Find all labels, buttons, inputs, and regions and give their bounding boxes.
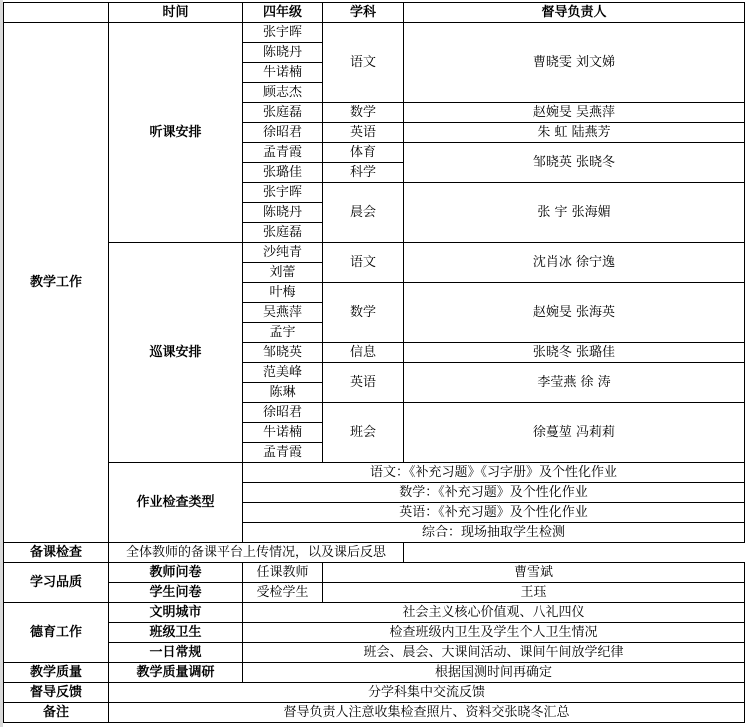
subject-cell[interactable]: 科学 [323,163,404,183]
homework-item[interactable]: 英语：《补充习题》及个性化作业 [243,503,745,523]
header-supervisor[interactable]: 督导负责人 [404,3,745,23]
supervisor-cell[interactable]: 赵婉旻 吴燕萍 [404,103,745,123]
table-row: 班级卫生 检查班级内卫生及学生个人卫生情况 [4,623,745,643]
teacher-cell[interactable]: 徐昭君 [243,403,323,423]
subject-cell[interactable]: 体育 [323,143,404,163]
subject-cell[interactable]: 英语 [323,363,404,403]
table-row: 一日常规 班会、晨会、大课间活动、课间午间放学纪律 [4,643,745,663]
teacher-cell[interactable]: 孟青霞 [243,143,323,163]
teacher-cell[interactable]: 刘蕾 [243,263,323,283]
lesson-prep-label[interactable]: 备课检查 [4,543,109,563]
teacher-cell[interactable]: 陈琳 [243,383,323,403]
table-row: 作业检查类型 语文：《补充习题》《习字册》及个性化作业 [4,463,745,483]
supervisor-cell[interactable]: 朱 虹 陆燕芳 [404,123,745,143]
table-row: 学生问卷 受检学生 王珏 [4,583,745,603]
teacher-cell[interactable]: 张宇晖 [243,183,323,203]
teacher-cell[interactable]: 范美峰 [243,363,323,383]
subject-cell[interactable]: 英语 [323,123,404,143]
teacher-cell[interactable]: 陈晓丹 [243,43,323,63]
header-grade[interactable]: 四年级 [243,3,323,23]
supervisor-cell[interactable]: 赵婉旻 张海英 [404,283,745,343]
teacher-cell[interactable]: 沙纯青 [243,243,323,263]
table-row: 学习品质 教师问卷 任课教师 曹雪斌 [4,563,745,583]
header-time[interactable]: 时间 [109,3,243,23]
class-hygiene-content[interactable]: 检查班级内卫生及学生个人卫生情况 [243,623,745,643]
category-moral[interactable]: 德育工作 [4,603,109,663]
category-notes[interactable]: 备注 [4,703,109,723]
teacher-cell[interactable]: 张庭磊 [243,103,323,123]
category-feedback[interactable]: 督导反馈 [4,683,109,703]
notes-content[interactable]: 督导负责人注意收集检查照片、资料交张晓冬汇总 [109,703,745,723]
homework-item[interactable]: 数学：《补充习题》及个性化作业 [243,483,745,503]
student-survey-label[interactable]: 学生问卷 [109,583,243,603]
quality-survey-content[interactable]: 根据国测时间再确定 [243,663,745,683]
daily-routine-content[interactable]: 班会、晨会、大课间活动、课间午间放学纪律 [243,643,745,663]
table-row: 督导反馈 分学科集中交流反馈 [4,683,745,703]
teacher-survey-supervisor[interactable]: 曹雪斌 [323,563,745,583]
teacher-survey-target[interactable]: 任课教师 [243,563,323,583]
listening-label[interactable]: 听课安排 [109,23,243,243]
lesson-prep-content[interactable]: 全体教师的备课平台上传情况，以及课后反思 [109,543,404,563]
supervisor-cell[interactable]: 张晓冬 张璐佳 [404,343,745,363]
teacher-cell[interactable]: 孟宇 [243,323,323,343]
teacher-cell[interactable]: 牛诺楠 [243,423,323,443]
class-hygiene-label[interactable]: 班级卫生 [109,623,243,643]
header-row: 时间 四年级 学科 督导负责人 [4,3,745,23]
supervisor-cell[interactable]: 沈肖冰 徐宁逸 [404,243,745,283]
teacher-cell[interactable]: 徐昭君 [243,123,323,143]
table-row: 备课检查 全体教师的备课平台上传情况，以及课后反思 [4,543,745,563]
subject-cell[interactable]: 晨会 [323,183,404,243]
supervisor-cell[interactable]: 李莹燕 徐 涛 [404,363,745,403]
teacher-cell[interactable]: 叶梅 [243,283,323,303]
subject-cell[interactable]: 数学 [323,103,404,123]
quality-survey-label[interactable]: 教学质量调研 [109,663,243,683]
category-teaching-quality[interactable]: 教学质量 [4,663,109,683]
table-row: 备注 督导负责人注意收集检查照片、资料交张晓冬汇总 [4,703,745,723]
subject-cell[interactable]: 语文 [323,23,404,103]
category-learning-quality[interactable]: 学习品质 [4,563,109,603]
category-teaching[interactable]: 教学工作 [4,23,109,543]
teacher-cell[interactable]: 孟青霞 [243,443,323,463]
subject-cell[interactable]: 语文 [323,243,404,283]
subject-cell[interactable]: 班会 [323,403,404,463]
teacher-cell[interactable]: 顾志杰 [243,83,323,103]
teacher-cell[interactable]: 张宇晖 [243,23,323,43]
student-survey-supervisor[interactable]: 王珏 [323,583,745,603]
supervisor-cell[interactable]: 张 宇 张海媚 [404,183,745,243]
civil-city-label[interactable]: 文明城市 [109,603,243,623]
supervision-schedule-table: 时间 四年级 学科 督导负责人 教学工作 听课安排 张宇晖 语文 曹晓雯 刘文娣… [3,2,745,723]
supervisor-cell[interactable]: 徐蔓堃 冯莉莉 [404,403,745,463]
homework-item[interactable]: 语文：《补充习题》《习字册》及个性化作业 [243,463,745,483]
teacher-cell[interactable]: 邹晓英 [243,343,323,363]
table-row: 巡课安排 沙纯青 语文 沈肖冰 徐宁逸 [4,243,745,263]
table-row: 教学质量 教学质量调研 根据国测时间再确定 [4,663,745,683]
header-subject[interactable]: 学科 [323,3,404,23]
student-survey-target[interactable]: 受检学生 [243,583,323,603]
table-row: 德育工作 文明城市 社会主义核心价值观、八礼四仪 [4,603,745,623]
daily-routine-label[interactable]: 一日常规 [109,643,243,663]
feedback-content[interactable]: 分学科集中交流反馈 [109,683,745,703]
teacher-cell[interactable]: 张庭磊 [243,223,323,243]
table-row: 教学工作 听课安排 张宇晖 语文 曹晓雯 刘文娣 [4,23,745,43]
subject-cell[interactable]: 信息 [323,343,404,363]
homework-item[interactable]: 综合：现场抽取学生检测 [243,523,745,543]
subject-cell[interactable]: 数学 [323,283,404,343]
header-blank[interactable] [4,3,109,23]
teacher-cell[interactable]: 吴燕萍 [243,303,323,323]
teacher-survey-label[interactable]: 教师问卷 [109,563,243,583]
supervisor-cell[interactable]: 邹晓英 张晓冬 [404,143,745,183]
teacher-cell[interactable]: 牛诺楠 [243,63,323,83]
supervisor-cell[interactable]: 曹晓雯 刘文娣 [404,23,745,103]
patrol-label[interactable]: 巡课安排 [109,243,243,463]
teacher-cell[interactable]: 陈晓丹 [243,203,323,223]
civil-city-content[interactable]: 社会主义核心价值观、八礼四仪 [243,603,745,623]
homework-label[interactable]: 作业检查类型 [109,463,243,543]
teacher-cell[interactable]: 张璐佳 [243,163,323,183]
